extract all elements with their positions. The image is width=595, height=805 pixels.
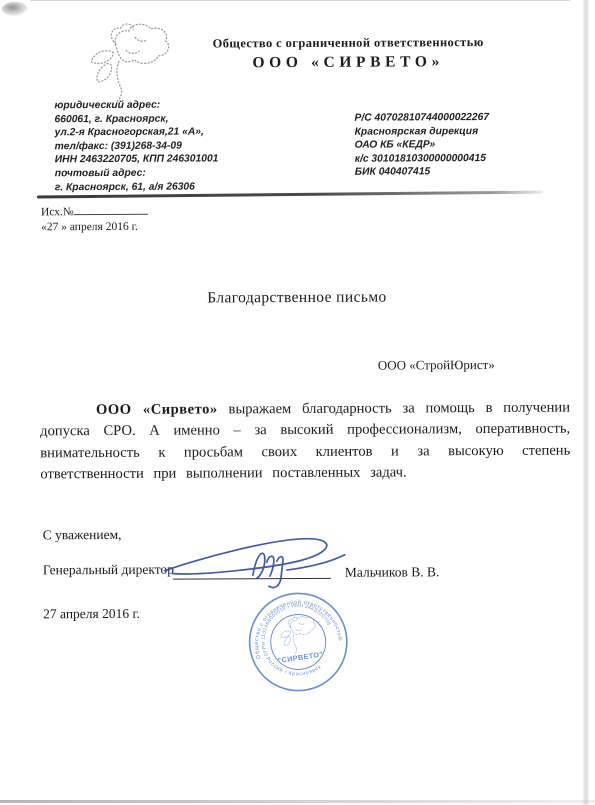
legal-address-line: 660061, г. Красноярск, (54, 112, 218, 126)
bank-details-block: Р/С 40702810744000022267 Красноярская ди… (354, 111, 489, 180)
bank-name-line: ОАО КБ «КЕДР» (355, 138, 490, 152)
scan-right-edge-shadow (582, 0, 589, 805)
letter-body-paragraph: ООО «Сирвето» выражаем благодарность за … (40, 397, 570, 486)
reference-block: Исх.№ «27 » апреля 2016 г. (41, 203, 148, 234)
legal-address-label: юридический адрес: (54, 98, 218, 112)
regards-line: С уважением, (43, 527, 122, 543)
bik-line: БИК 040407415 (355, 165, 490, 179)
stamp-ring-text-inner: ОГРН 1102468003015 • ИНН 2463220705 (256, 598, 335, 657)
legal-address-block: юридический адрес: 660061, г. Красноярск… (54, 98, 218, 194)
scan-corner-smudge (2, 2, 28, 16)
stamp-center-logo-icon (278, 615, 318, 656)
bank-branch-line: Красноярская дирекция (355, 125, 490, 139)
outgoing-number-blank (74, 203, 148, 215)
inn-kpp-line: ИНН 2463220705, КПП 246301001 (55, 153, 219, 167)
letterhead-header: Общество с ограниченной ответственностью… (193, 35, 503, 73)
letter-content: Общество с ограниченной ответственностью… (0, 0, 595, 805)
stamp-ring-text-outer: Общество с ограниченной ответственностью (248, 593, 344, 660)
scan-bottom-edge-shadow (0, 800, 595, 803)
postal-address-label: почтовый адрес: (55, 166, 219, 180)
sender-name-bold: ООО «Сирвето» (96, 401, 218, 418)
outgoing-number-label: Исх.№ (41, 206, 74, 218)
org-name-line: ООО «СИРВЕТО» (193, 53, 503, 73)
company-logo-sketch-icon (80, 19, 172, 107)
legal-address-line: ул.2-я Красногорская,21 «А», (55, 126, 219, 140)
corr-account-line: к/с 30101810300000000415 (355, 152, 490, 166)
letter-date-line: «27 » апреля 2016 г. (41, 221, 148, 234)
stamp-inner-circle (267, 611, 329, 673)
company-round-stamp: Общество с ограниченной ответственностью… (237, 581, 359, 703)
outgoing-number-line: Исх.№ (41, 203, 148, 219)
settlement-account-line: Р/С 40702810744000022267 (354, 111, 489, 125)
letter-title: Благодарственное письмо (0, 287, 594, 308)
bottom-date: 27 апреля 2016 г. (43, 606, 140, 623)
scanned-letter-page: Общество с ограниченной ответственностью… (0, 0, 595, 805)
postal-address-line: г. Красноярск, 61, а/я 26306 (55, 180, 219, 194)
director-position-label: Генеральный директор (43, 562, 174, 579)
recipient-name: ООО «СтройЮрист» (378, 357, 495, 374)
director-name: Мальчиков В. В. (345, 564, 440, 580)
scan-top-edge-line (30, 0, 570, 1)
org-type-line: Общество с ограниченной ответственностью (193, 35, 503, 52)
phone-fax-line: тел/факс: (391)268-34-09 (55, 139, 219, 153)
